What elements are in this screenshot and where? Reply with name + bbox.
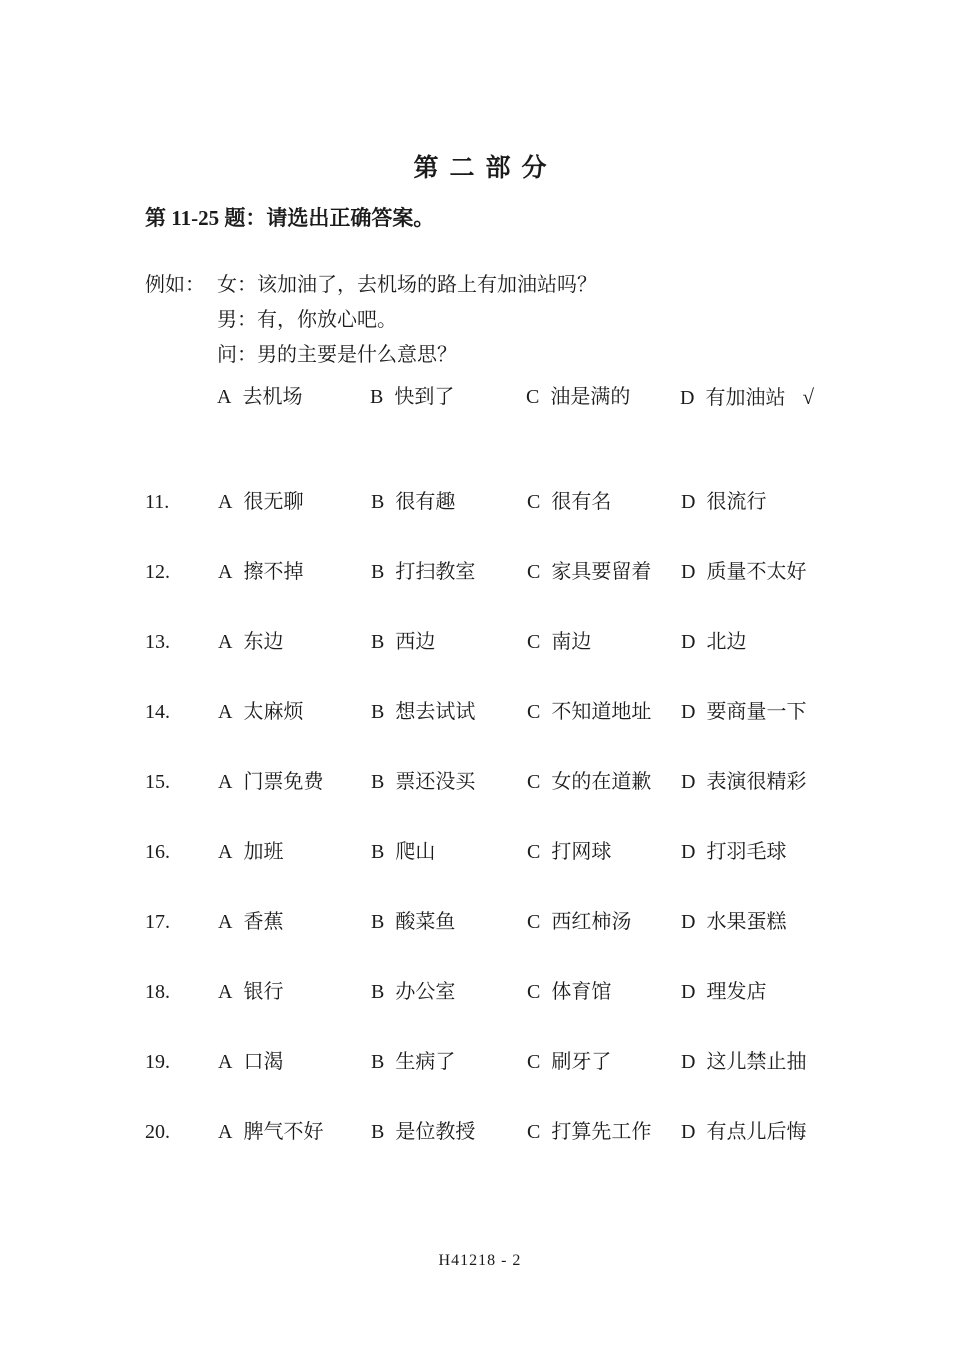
option-c: C打网球 <box>527 842 681 863</box>
option-letter: D <box>681 491 695 513</box>
option-letter: C <box>527 701 540 723</box>
option-c: C家具要留着 <box>527 562 681 583</box>
option-a: A银行 <box>218 982 371 1003</box>
option-letter: D <box>681 701 695 723</box>
option-text: 票还没买 <box>395 771 475 793</box>
option-letter: B <box>371 631 384 653</box>
question-row: 20. A脾气不好 B是位教授 C打算先工作 D有点儿后悔 <box>145 1122 806 1143</box>
option-text: 办公室 <box>395 981 455 1003</box>
question-row: 16. A加班 B爬山 C打网球 D打羽毛球 <box>145 842 806 863</box>
option-text: 水果蛋糕 <box>706 911 786 933</box>
question-row: 17. A香蕉 B酸菜鱼 C西红柿汤 D水果蛋糕 <box>145 912 806 933</box>
question-number: 19. <box>145 1052 218 1073</box>
option-a: A擦不掉 <box>218 562 371 583</box>
option-text: 有点儿后悔 <box>706 1121 806 1143</box>
question-row: 11. A很无聊 B很有趣 C很有名 D很流行 <box>145 492 806 513</box>
example-option-c: C油是满的 <box>526 380 680 416</box>
option-letter: A <box>218 981 232 1003</box>
option-text: 酸菜鱼 <box>395 911 455 933</box>
option-text: 擦不掉 <box>243 561 303 583</box>
option-letter: D <box>681 981 695 1003</box>
option-a: A脾气不好 <box>218 1122 371 1143</box>
example-option-d: D有加油站√ <box>680 380 814 416</box>
option-text: 很有趣 <box>395 491 455 513</box>
option-letter: A <box>218 491 232 513</box>
option-text: 东边 <box>243 631 283 653</box>
option-b: B办公室 <box>371 982 527 1003</box>
option-letter: D <box>681 561 695 583</box>
option-text: 银行 <box>243 981 283 1003</box>
option-text: 是位教授 <box>395 1121 475 1143</box>
option-text: 去机场 <box>242 386 302 408</box>
option-text: 打网球 <box>551 841 611 863</box>
option-letter: B <box>371 771 384 793</box>
question-number: 20. <box>145 1122 218 1143</box>
option-letter: B <box>371 701 384 723</box>
dialogue-line-man: 男：有，你放心吧。 <box>217 303 597 338</box>
option-d: D打羽毛球 <box>681 842 786 863</box>
option-text: 油是满的 <box>550 386 630 408</box>
option-letter: C <box>527 981 540 1003</box>
example-label: 例如： <box>145 268 217 373</box>
option-a: A东边 <box>218 632 371 653</box>
option-text: 打算先工作 <box>551 1121 651 1143</box>
option-letter: A <box>217 386 231 408</box>
option-text: 要商量一下 <box>706 701 806 723</box>
option-text: 脾气不好 <box>243 1121 323 1143</box>
option-d: D北边 <box>681 632 746 653</box>
example-option-b: B快到了 <box>370 380 526 416</box>
question-row: 14. A太麻烦 B想去试试 C不知道地址 D要商量一下 <box>145 702 806 723</box>
question-row: 18. A银行 B办公室 C体育馆 D理发店 <box>145 982 806 1003</box>
option-text: 打羽毛球 <box>706 841 786 863</box>
option-b: B西边 <box>371 632 527 653</box>
option-letter: B <box>371 981 384 1003</box>
option-c: C打算先工作 <box>527 1122 681 1143</box>
option-a: A门票免费 <box>218 772 371 793</box>
option-letter: C <box>527 841 540 863</box>
option-text: 太麻烦 <box>243 701 303 723</box>
option-letter: B <box>371 911 384 933</box>
option-text: 加班 <box>243 841 283 863</box>
option-letter: D <box>681 841 695 863</box>
option-text: 想去试试 <box>395 701 475 723</box>
question-number: 16. <box>145 842 218 863</box>
option-text: 很无聊 <box>243 491 303 513</box>
option-letter: D <box>681 1121 695 1143</box>
option-letter: D <box>681 1051 695 1073</box>
option-letter: B <box>370 386 383 408</box>
option-letter: C <box>527 771 540 793</box>
option-text: 质量不太好 <box>706 561 806 583</box>
option-b: B酸菜鱼 <box>371 912 527 933</box>
option-a: A太麻烦 <box>218 702 371 723</box>
option-c: C刷牙了 <box>527 1052 681 1073</box>
correct-answer-checkmark: √ <box>802 385 814 409</box>
option-letter: D <box>680 387 694 409</box>
option-c: C女的在道歉 <box>527 772 681 793</box>
question-number: 11. <box>145 492 218 513</box>
option-letter: B <box>371 841 384 863</box>
option-letter: C <box>527 1121 540 1143</box>
option-text: 很有名 <box>551 491 611 513</box>
question-number: 13. <box>145 632 218 653</box>
dialogue-line-question: 问：男的主要是什么意思？ <box>217 338 597 373</box>
option-text: 香蕉 <box>243 911 283 933</box>
option-d: D理发店 <box>681 982 766 1003</box>
option-letter: C <box>527 911 540 933</box>
option-c: C南边 <box>527 632 681 653</box>
option-text: 体育馆 <box>551 981 611 1003</box>
option-text: 很流行 <box>706 491 766 513</box>
question-row: 15. A门票免费 B票还没买 C女的在道歉 D表演很精彩 <box>145 772 806 793</box>
option-text: 理发店 <box>706 981 766 1003</box>
option-letter: A <box>218 1121 232 1143</box>
option-b: B生病了 <box>371 1052 527 1073</box>
option-d: D这儿禁止抽 <box>681 1052 806 1073</box>
example-option-a: A去机场 <box>217 380 370 416</box>
option-text: 女的在道歉 <box>551 771 651 793</box>
dialogue-line-woman: 女：该加油了，去机场的路上有加油站吗？ <box>217 268 597 303</box>
option-text: 不知道地址 <box>551 701 651 723</box>
option-d: D质量不太好 <box>681 562 806 583</box>
option-letter: A <box>218 701 232 723</box>
section-instructions: 第 11-25 题：请选出正确答案。 <box>145 202 434 232</box>
option-a: A很无聊 <box>218 492 371 513</box>
option-text: 口渴 <box>243 1051 283 1073</box>
option-letter: B <box>371 1051 384 1073</box>
option-letter: C <box>527 1051 540 1073</box>
option-text: 家具要留着 <box>551 561 651 583</box>
questions-list: 11. A很无聊 B很有趣 C很有名 D很流行 12. A擦不掉 B打扫教室 <box>145 492 806 1192</box>
option-c: C体育馆 <box>527 982 681 1003</box>
option-text: 南边 <box>551 631 591 653</box>
option-d: D水果蛋糕 <box>681 912 786 933</box>
option-a: A加班 <box>218 842 371 863</box>
option-letter: A <box>218 771 232 793</box>
option-text: 西边 <box>395 631 435 653</box>
option-a: A口渴 <box>218 1052 371 1073</box>
option-letter: A <box>218 1051 232 1073</box>
option-letter: A <box>218 911 232 933</box>
example-block: 例如： 女：该加油了，去机场的路上有加油站吗？ 男：有，你放心吧。 问：男的主要… <box>145 268 814 416</box>
option-letter: D <box>681 631 695 653</box>
option-text: 有加油站 <box>705 387 785 409</box>
option-letter: C <box>527 631 540 653</box>
option-text: 打扫教室 <box>395 561 475 583</box>
question-number: 14. <box>145 702 218 723</box>
question-number: 12. <box>145 562 218 583</box>
option-text: 这儿禁止抽 <box>706 1051 806 1073</box>
option-a: A香蕉 <box>218 912 371 933</box>
question-row: 13. A东边 B西边 C南边 D北边 <box>145 632 806 653</box>
option-c: C不知道地址 <box>527 702 681 723</box>
question-number: 17. <box>145 912 218 933</box>
option-text: 表演很精彩 <box>706 771 806 793</box>
option-b: B很有趣 <box>371 492 527 513</box>
option-letter: C <box>527 491 540 513</box>
page-footer-code: H41218 - 2 <box>0 1252 960 1270</box>
option-text: 刷牙了 <box>551 1051 611 1073</box>
option-b: B爬山 <box>371 842 527 863</box>
option-letter: B <box>371 561 384 583</box>
section-title: 第二部分 <box>0 148 960 184</box>
option-d: D有点儿后悔 <box>681 1122 806 1143</box>
option-letter: A <box>218 561 232 583</box>
example-dialogue: 女：该加油了，去机场的路上有加油站吗？ 男：有，你放心吧。 问：男的主要是什么意… <box>217 268 597 373</box>
option-b: B是位教授 <box>371 1122 527 1143</box>
option-b: B打扫教室 <box>371 562 527 583</box>
option-letter: B <box>371 491 384 513</box>
option-text: 北边 <box>706 631 746 653</box>
example-options-row: A去机场 B快到了 C油是满的 D有加油站√ <box>217 380 814 416</box>
option-b: B想去试试 <box>371 702 527 723</box>
option-text: 门票免费 <box>243 771 323 793</box>
option-text: 西红柿汤 <box>551 911 631 933</box>
option-text: 生病了 <box>395 1051 455 1073</box>
option-text: 快到了 <box>394 386 454 408</box>
option-letter: D <box>681 771 695 793</box>
question-row: 12. A擦不掉 B打扫教室 C家具要留着 D质量不太好 <box>145 562 806 583</box>
option-text: 爬山 <box>395 841 435 863</box>
question-number: 18. <box>145 982 218 1003</box>
option-d: D表演很精彩 <box>681 772 806 793</box>
option-letter: C <box>526 386 539 408</box>
option-c: C西红柿汤 <box>527 912 681 933</box>
option-d: D很流行 <box>681 492 766 513</box>
option-letter: D <box>681 911 695 933</box>
option-letter: A <box>218 841 232 863</box>
question-row: 19. A口渴 B生病了 C刷牙了 D这儿禁止抽 <box>145 1052 806 1073</box>
option-d: D要商量一下 <box>681 702 806 723</box>
option-c: C很有名 <box>527 492 681 513</box>
option-letter: B <box>371 1121 384 1143</box>
option-letter: A <box>218 631 232 653</box>
option-letter: C <box>527 561 540 583</box>
question-number: 15. <box>145 772 218 793</box>
option-b: B票还没买 <box>371 772 527 793</box>
